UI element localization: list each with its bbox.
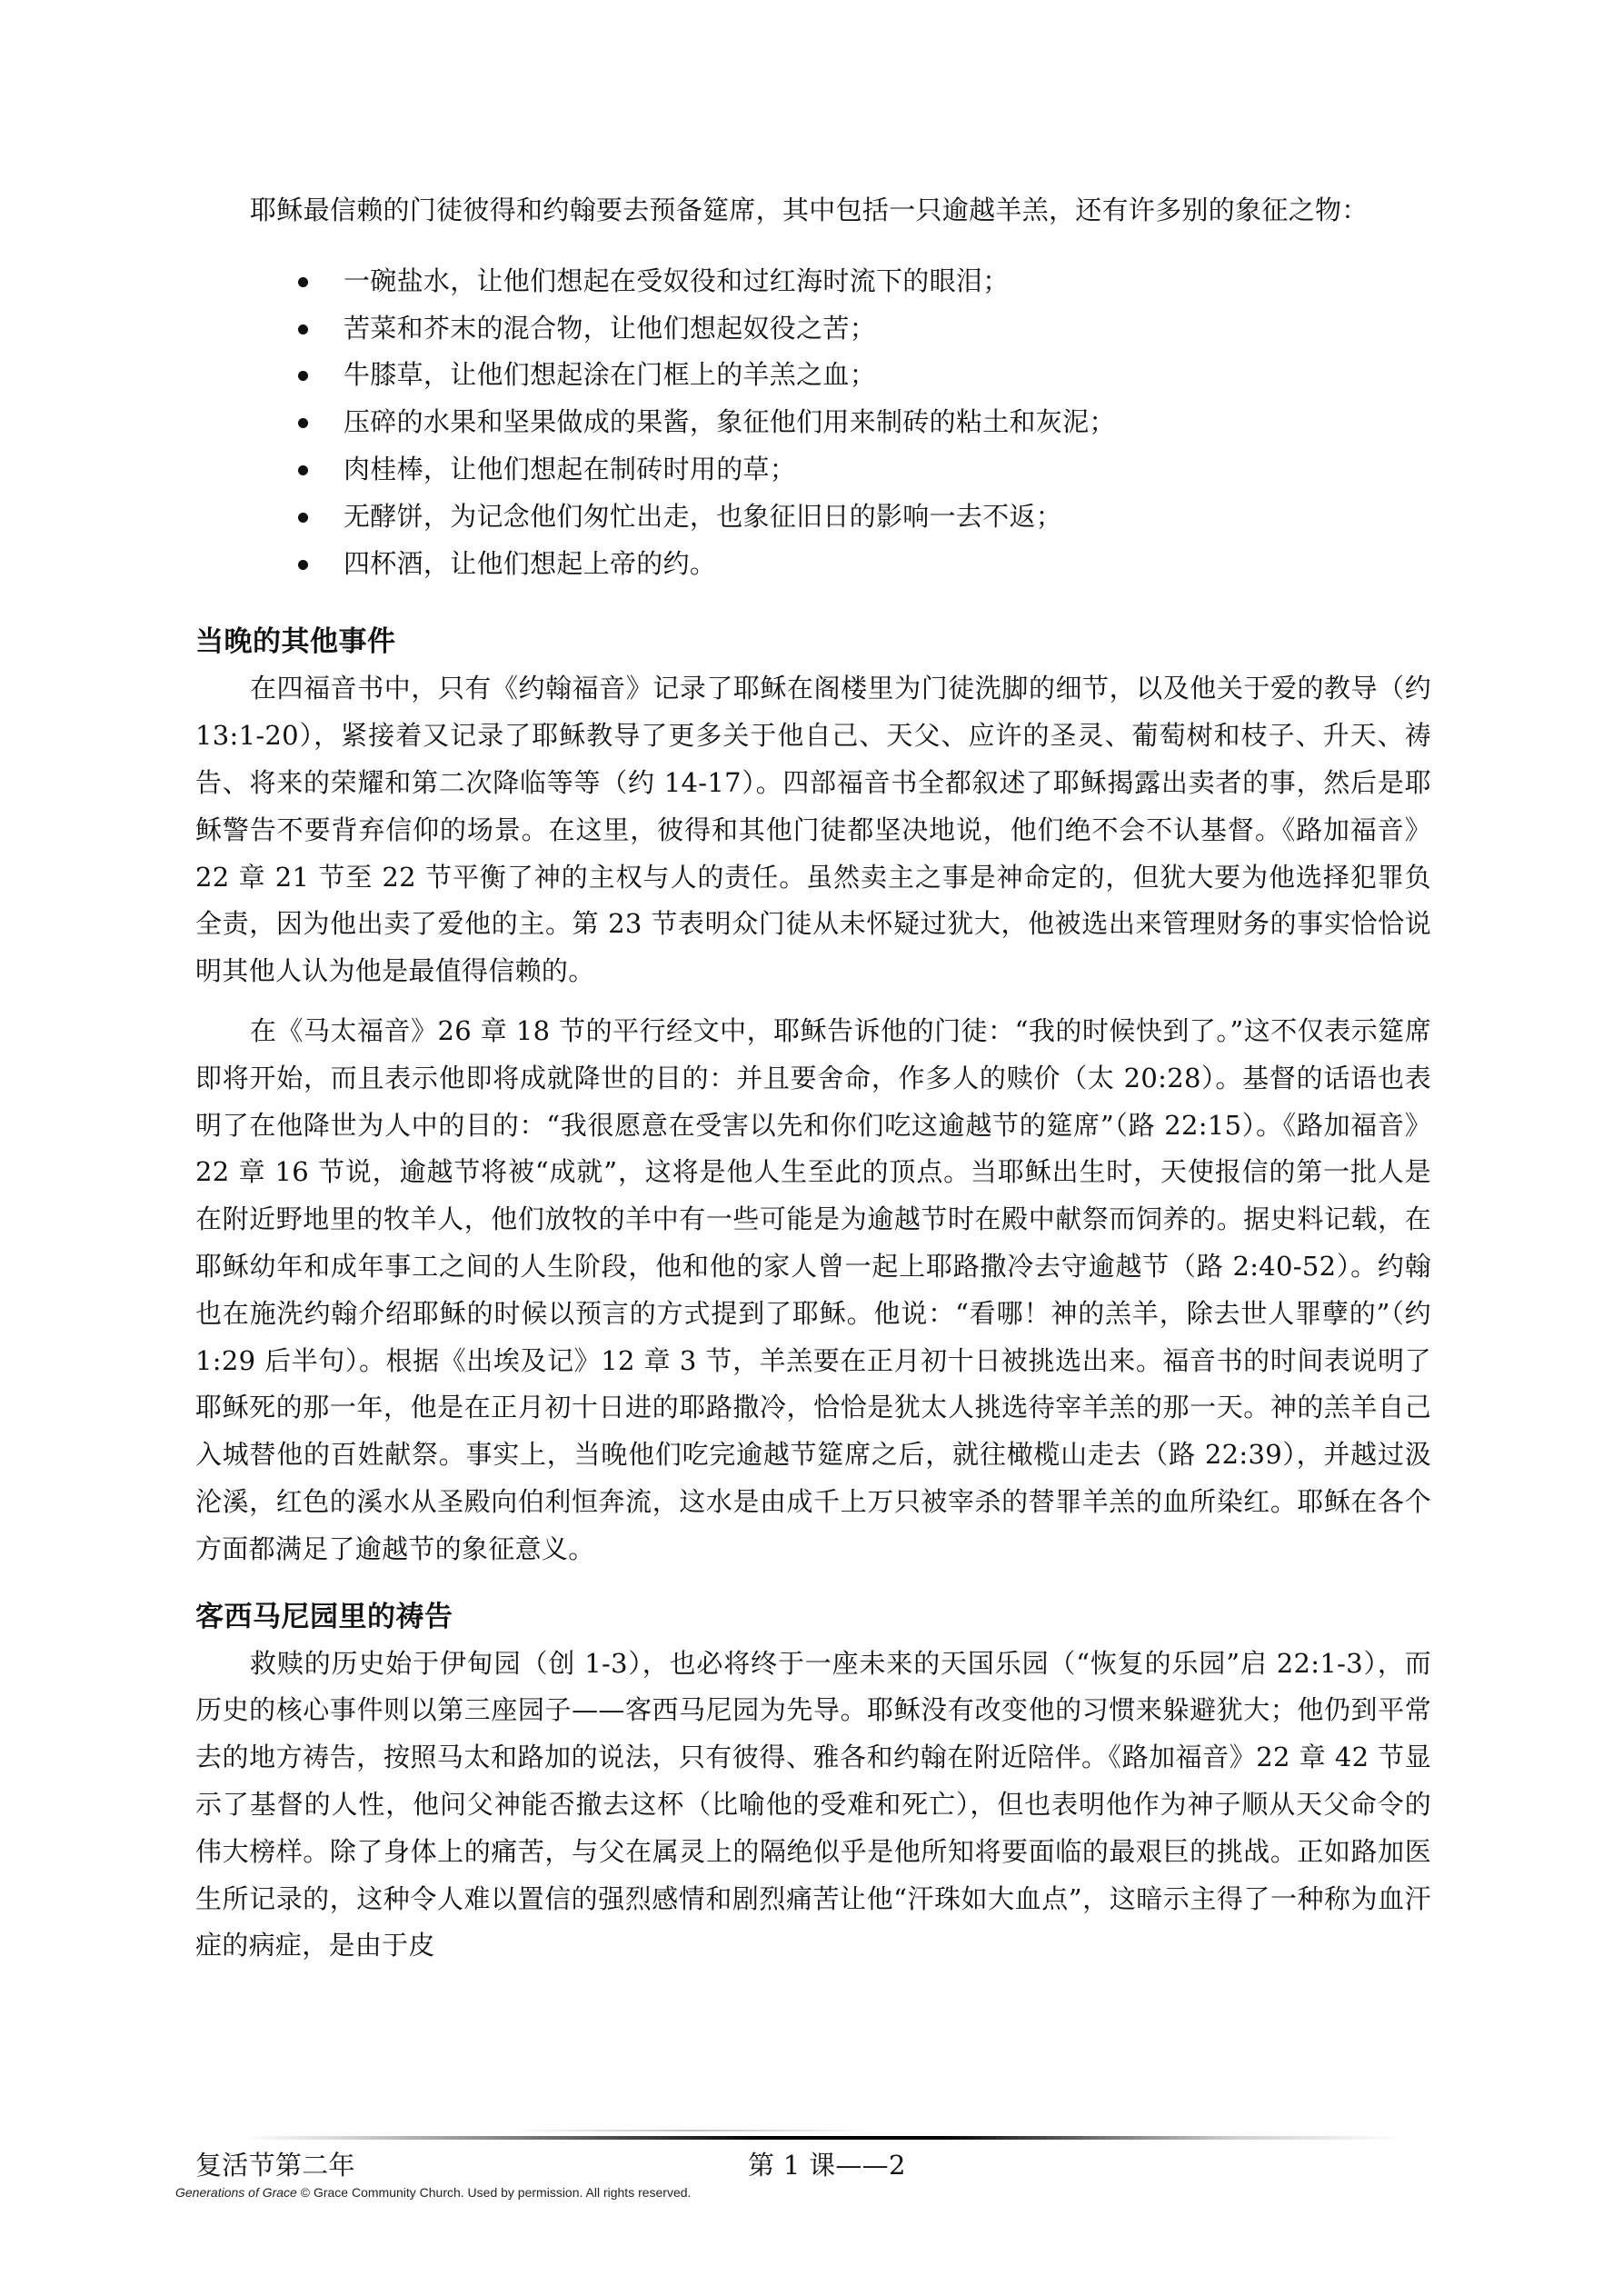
list-item-text: 压碎的水果和坚果做成的果酱，象征他们用来制砖的粘土和灰泥；	[344, 406, 1116, 437]
body-paragraph: 在四福音书中，只有《约翰福音》记录了耶稣在阁楼里为门徒洗脚的细节，以及他关于爱的…	[195, 665, 1431, 995]
footer-divider	[241, 2136, 1404, 2140]
list-item-text: 无酵饼，为记念他们匆忙出走，也象征旧日的影响一去不返；	[344, 501, 1062, 532]
section-heading-other-events: 当晚的其他事件	[195, 618, 1431, 665]
list-item: 一碗盐水，让他们想起在受奴役和过红海时流下的眼泪；	[195, 258, 1431, 305]
footer-series-label: 复活节第二年	[195, 2147, 355, 2183]
list-item: 苦菜和芥末的混合物，让他们想起奴役之苦；	[195, 305, 1431, 353]
list-item: 肉桂棒，让他们想起在制砖时用的草；	[195, 446, 1431, 494]
footer-page-number: 第 1 课——2	[748, 2147, 906, 2183]
footer-divider-highlight	[509, 2130, 872, 2131]
bullet-icon	[298, 418, 308, 428]
list-item: 无酵饼，为记念他们匆忙出走，也象征旧日的影响一去不返；	[195, 494, 1431, 541]
symbol-list: 一碗盐水，让他们想起在受奴役和过红海时流下的眼泪； 苦菜和芥末的混合物，让他们想…	[195, 258, 1431, 588]
bullet-icon	[298, 513, 308, 523]
list-item: 牛膝草，让他们想起涂在门框上的羊羔之血；	[195, 352, 1431, 399]
list-item-text: 苦菜和芥末的混合物，让他们想起奴役之苦；	[344, 313, 876, 344]
bullet-icon	[298, 371, 308, 381]
copyright-notice: © Grace Community Church. Used by permis…	[297, 2185, 692, 2200]
bullet-icon	[298, 465, 308, 475]
body-paragraph: 救赎的历史始于伊甸园（创 1-3），也必将终于一座未来的天国乐园（“恢复的乐园”…	[195, 1641, 1431, 1971]
document-page: 耶稣最信赖的门徒彼得和约翰要去预备筵席，其中包括一只逾越羊羔，还有许多别的象征之…	[195, 187, 1431, 1970]
list-item-text: 一碗盐水，让他们想起在受奴役和过红海时流下的眼泪；	[344, 265, 1010, 296]
copyright-title: Generations of Grace	[175, 2185, 297, 2200]
intro-paragraph: 耶稣最信赖的门徒彼得和约翰要去预备筵席，其中包括一只逾越羊羔，还有许多别的象征之…	[195, 187, 1431, 235]
footer-copyright: Generations of Grace © Grace Community C…	[175, 2183, 691, 2201]
list-item-text: 肉桂棒，让他们想起在制砖时用的草；	[344, 454, 796, 484]
list-item: 四杯酒，让他们想起上帝的约。	[195, 541, 1431, 588]
section-heading-gethsemane: 客西马尼园里的祷告	[195, 1593, 1431, 1641]
body-paragraph: 在《马太福音》26 章 18 节的平行经文中，耶稣告诉他的门徒：“我的时候快到了…	[195, 1008, 1431, 1573]
list-item-text: 四杯酒，让他们想起上帝的约。	[344, 548, 716, 579]
list-item-text: 牛膝草，让他们想起涂在门框上的羊羔之血；	[344, 359, 876, 390]
bullet-icon	[298, 324, 308, 334]
bullet-icon	[298, 277, 308, 287]
bullet-icon	[298, 560, 308, 570]
list-item: 压碎的水果和坚果做成的果酱，象征他们用来制砖的粘土和灰泥；	[195, 399, 1431, 446]
